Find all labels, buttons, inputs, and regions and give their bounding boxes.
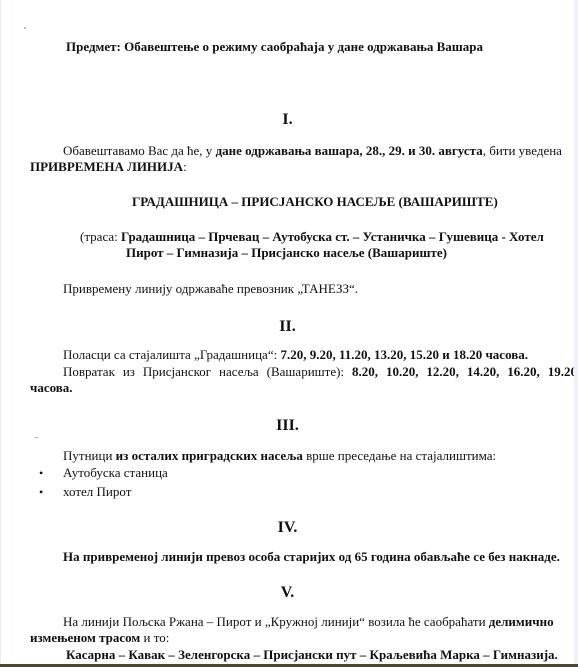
section-heading-1: I.: [1, 111, 574, 129]
section-heading-2: II.: [1, 318, 574, 336]
transfer-text-end: врше преседање на стајалиштима:: [303, 448, 496, 463]
colon: :: [183, 159, 187, 174]
transfer-line: Путници из осталих приградских насеља вр…: [63, 448, 496, 464]
scan-speck: [35, 437, 38, 438]
intro-text-end: , бити уведена: [483, 143, 562, 158]
departures-label: Поласци са стајалишта „Градашница“:: [63, 347, 280, 362]
carrier-line: Привремену линију одржаваће превозник „Т…: [63, 281, 358, 297]
intro-dates: дане одржавања вашара, 28., 29. и 30. ав…: [216, 143, 483, 158]
intro-text: Обавештавамо Вас да ће, у: [63, 143, 216, 158]
route-stops-1: Градашница – Прчевац – Аутобуска ст. – У…: [121, 229, 544, 244]
route-prefix: (траса:: [80, 229, 121, 244]
route-line-1: (траса: Градашница – Прчевац – Аутобуска…: [80, 229, 544, 245]
section-heading-5: V.: [1, 584, 574, 602]
right-edge: [574, 0, 578, 664]
changed-route-text-end: и то:: [140, 630, 169, 645]
temporary-line-label: ПРИВРЕМЕНА ЛИНИЈА: [30, 159, 183, 174]
section-heading-4: IV.: [1, 519, 574, 537]
stop-item: Аутобуска станица: [63, 465, 168, 481]
seniors-free-note: На привременој линији превоз особа стари…: [63, 549, 560, 565]
scan-speck: [24, 27, 26, 29]
changed-route-line-1: На линији Пољска Ржана – Пирот и „Кружно…: [63, 614, 554, 630]
returns-times-cont: часова.: [30, 380, 73, 396]
bullet-icon: •: [39, 484, 43, 500]
transfer-bold: из осталих приградских насеља: [116, 448, 303, 463]
section-heading-3: III.: [1, 417, 574, 435]
document-page: Предмет: Обавештење о режиму саобраћаја …: [1, 0, 574, 664]
returns-label: Повратак из Присјанског насеља (Вашаришт…: [63, 364, 352, 379]
line-title: ГРАДАШНИЦА – ПРИСЈАНСКО НАСЕЉЕ (ВАШАРИШТ…: [132, 194, 498, 210]
returns-times: 8.20, 10.20, 12.20, 14.20, 16.20, 19.20: [352, 364, 574, 379]
departures-times: 7.20, 9.20, 11.20, 13.20, 15.20 и 18.20 …: [280, 347, 528, 362]
stop-item: хотел Пирот: [63, 484, 131, 500]
changed-route-text: На линији Пољска Ржана – Пирот и „Кружно…: [63, 614, 489, 629]
changed-route-bold: делимично: [489, 614, 554, 629]
changed-route-stops: Касарна – Кавак – Зеленгорска – Присјанс…: [66, 647, 558, 663]
changed-route-bold-2: измењеном трасом: [30, 630, 140, 645]
section-1-intro-line-1: Обавештавамо Вас да ће, у дане одржавања…: [63, 143, 562, 159]
section-1-intro-line-2: ПРИВРЕМЕНА ЛИНИЈА:: [30, 159, 187, 175]
changed-route-line-2: измењеном трасом и то:: [30, 630, 169, 646]
left-edge: [0, 0, 1, 664]
route-line-2: Пирот – Гимназија – Присјанско насеље (В…: [126, 245, 447, 261]
departures-line: Поласци са стајалишта „Градашница“: 7.20…: [63, 347, 528, 363]
bullet-icon: •: [39, 465, 43, 481]
subject-line: Предмет: Обавештење о режиму саобраћаја …: [66, 39, 483, 55]
returns-line: Повратак из Присјанског насеља (Вашаришт…: [63, 364, 574, 380]
transfer-text: Путници: [63, 448, 116, 463]
